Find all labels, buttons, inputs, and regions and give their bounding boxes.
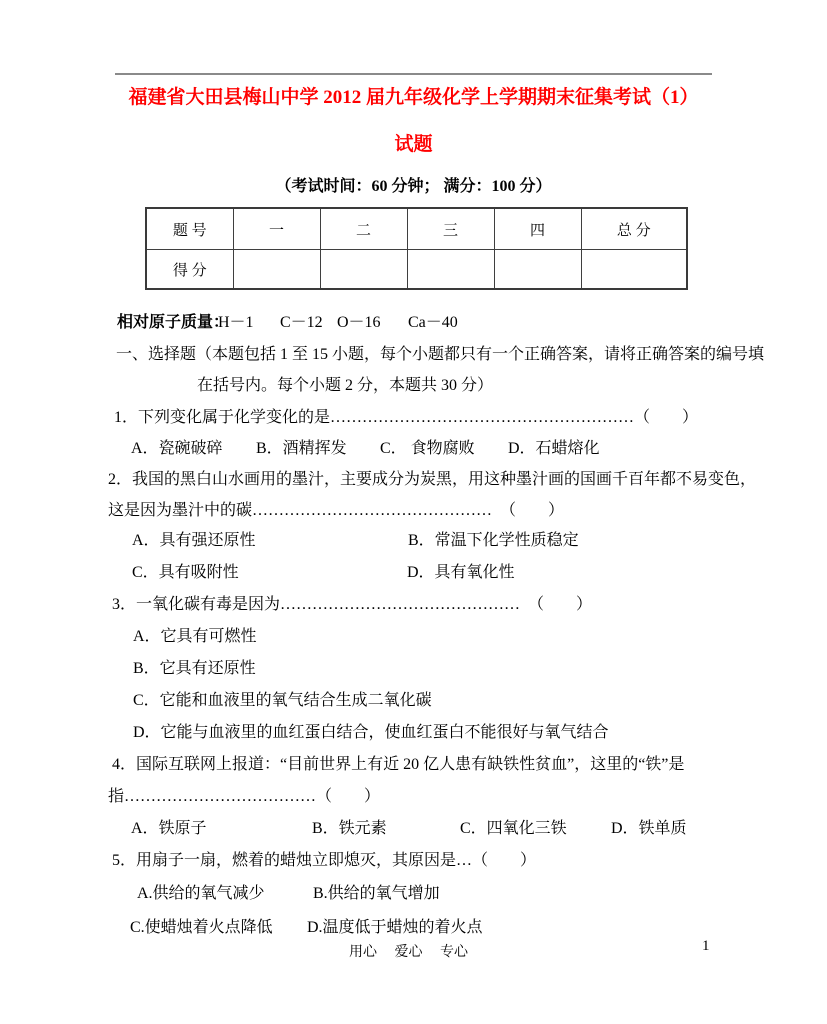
score-table-header-cell: 四 [494, 208, 581, 250]
question-1-option-a: A．瓷碗破碎 [131, 438, 223, 459]
footer-motto: 用心 爱心 专心 [349, 941, 468, 961]
document-title-line2: 试题 [0, 133, 827, 157]
section-1-heading-line1: 一、选择题（本题包括 1 至 15 小题，每个小题都只有一个正确答案，请将正确答… [116, 344, 764, 365]
score-table: 题 号 一 二 三 四 总 分 得 分 [145, 207, 688, 290]
score-table-header-cell: 三 [407, 208, 494, 250]
question-2-option-d: D．具有氧化性 [407, 562, 515, 583]
atomic-mass-o: O－16 [337, 312, 381, 333]
score-table-header-cell: 题 号 [146, 208, 233, 250]
score-cell [581, 250, 687, 290]
score-cell [233, 250, 320, 290]
question-3-option-a: A．它具有可燃性 [133, 626, 257, 647]
question-5-option-a: A.供给的氧气减少 [137, 883, 265, 904]
header-rule [115, 73, 712, 75]
question-4-option-d: D．铁单质 [611, 818, 687, 839]
section-1-heading-line2: 在括号内。每个小题 2 分，本题共 30 分） [197, 375, 493, 396]
question-4-stem-line1: 4．国际互联网上报道：“目前世界上有近 20 亿人患有缺铁性贫血”，这里的“铁”… [112, 754, 684, 775]
question-5-option-c: C.使蜡烛着火点降低 [130, 917, 273, 938]
question-2-stem-line2: 这是因为墨汁中的碳……………………………………… （ ） [108, 500, 564, 521]
question-2-option-c: C．具有吸附性 [132, 562, 239, 583]
question-4-option-c: C．四氧化三铁 [460, 818, 567, 839]
question-1-stem: 1．下列变化属于化学变化的是…………………………………………………（ ） [114, 407, 698, 428]
question-5-option-b: B.供给的氧气增加 [313, 883, 440, 904]
exam-time-and-score: （考试时间：60 分钟； 满分：100 分） [0, 176, 827, 197]
question-2-option-b: B．常温下化学性质稳定 [408, 530, 579, 551]
exam-document-page: 福建省大田县梅山中学 2012 届九年级化学上学期期末征集考试（1） 试题 （考… [0, 0, 827, 1024]
score-cell [494, 250, 581, 290]
atomic-mass-ca: Ca－40 [408, 312, 458, 333]
question-5-option-d: D.温度低于蜡烛的着火点 [307, 917, 483, 938]
question-3-option-c: C．它能和血液里的氧气结合生成二氧化碳 [133, 690, 432, 711]
question-4-option-b: B．铁元素 [312, 818, 387, 839]
question-4-stem-line2: 指………………………………（ ） [108, 786, 380, 807]
atomic-masses-line: 相对原子质量： H－1 C－12 O－16 Ca－40 [117, 312, 229, 333]
score-cell [320, 250, 407, 290]
question-3-stem: 3．一氧化碳有毒是因为……………………………………… （ ） [112, 594, 592, 615]
question-2-option-a: A．具有强还原性 [132, 530, 256, 551]
score-table-score-row: 得 分 [146, 250, 687, 290]
score-cell [407, 250, 494, 290]
score-table-header-row: 题 号 一 二 三 四 总 分 [146, 208, 687, 250]
score-table-header-cell: 总 分 [581, 208, 687, 250]
score-row-label: 得 分 [146, 250, 233, 290]
page-number: 1 [702, 938, 710, 955]
question-3-option-d: D．它能与血液里的血红蛋白结合，使血红蛋白不能很好与氧气结合 [133, 722, 609, 743]
question-5-stem: 5．用扇子一扇，燃着的蜡烛立即熄灭，其原因是…（ ） [112, 850, 536, 871]
atomic-masses-label: 相对原子质量： [117, 314, 229, 331]
question-1-option-b: B．酒精挥发 [256, 438, 347, 459]
atomic-mass-c: C－12 [280, 312, 323, 333]
question-3-option-b: B．它具有还原性 [133, 658, 256, 679]
question-1-option-d: D．石蜡熔化 [508, 438, 600, 459]
document-title-line1: 福建省大田县梅山中学 2012 届九年级化学上学期期末征集考试（1） [0, 86, 827, 110]
atomic-mass-h: H－1 [218, 312, 254, 333]
score-table-header-cell: 一 [233, 208, 320, 250]
question-2-stem-line1: 2．我国的黑白山水画用的墨汁，主要成分为炭黑，用这种墨汁画的国画千百年都不易变色… [108, 469, 756, 490]
score-table-header-cell: 二 [320, 208, 407, 250]
question-1-option-c: C． 食物腐败 [380, 438, 475, 459]
question-4-option-a: A．铁原子 [131, 818, 207, 839]
